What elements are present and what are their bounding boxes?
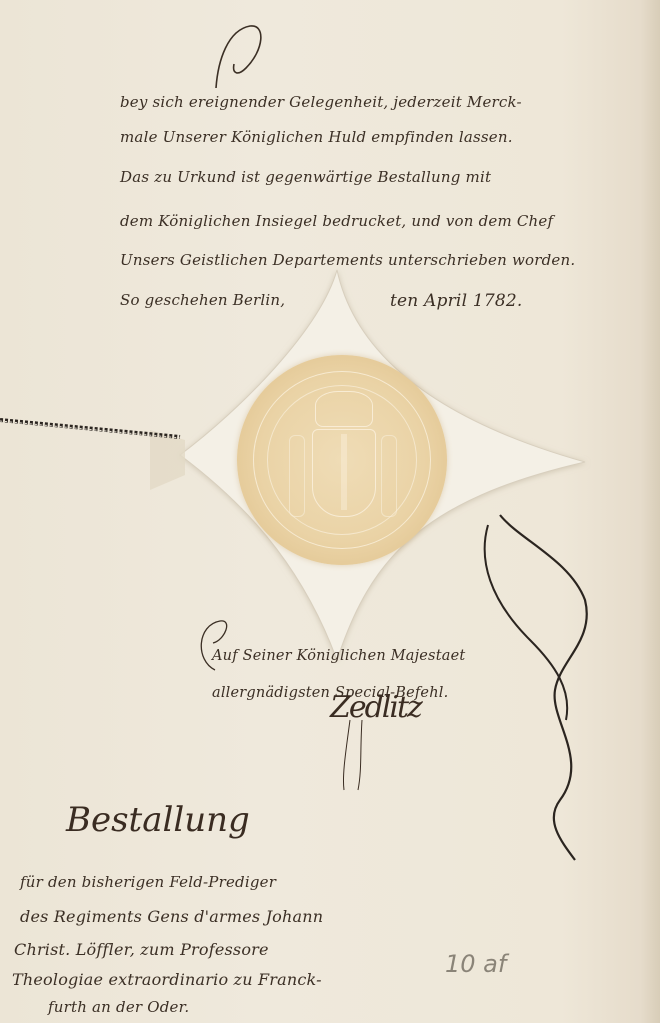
document-page: bey sich ereignender Gelegenheit, jederz… (0, 0, 660, 1023)
authority-line-1: Auf Seiner Königlichen Majestaet (212, 648, 465, 664)
right-supporter-figure (381, 435, 397, 517)
endorsement-line-3: Christ. Löffler, zum Professore (14, 940, 269, 959)
royal-seal (237, 355, 447, 565)
endorsement-line-2: des Regiments Gens d'armes Johann (20, 907, 323, 926)
pencil-archival-note: 10 af (445, 950, 506, 978)
crown-emblem (315, 391, 373, 427)
endorsement-line-4: Theologiae extraordinario zu Franck- (12, 970, 322, 989)
signature-descender (340, 720, 380, 790)
wax-seal-disc (237, 355, 447, 565)
endorsement-line-1: für den bisherigen Feld-Prediger (20, 873, 276, 891)
authority-initial-flourish (195, 615, 235, 675)
endorsement-line-5: furth an der Oder. (48, 998, 189, 1016)
left-supporter-figure (289, 435, 305, 517)
coat-of-arms-shield (312, 429, 376, 517)
endorsement-title: Bestallung (66, 800, 250, 840)
